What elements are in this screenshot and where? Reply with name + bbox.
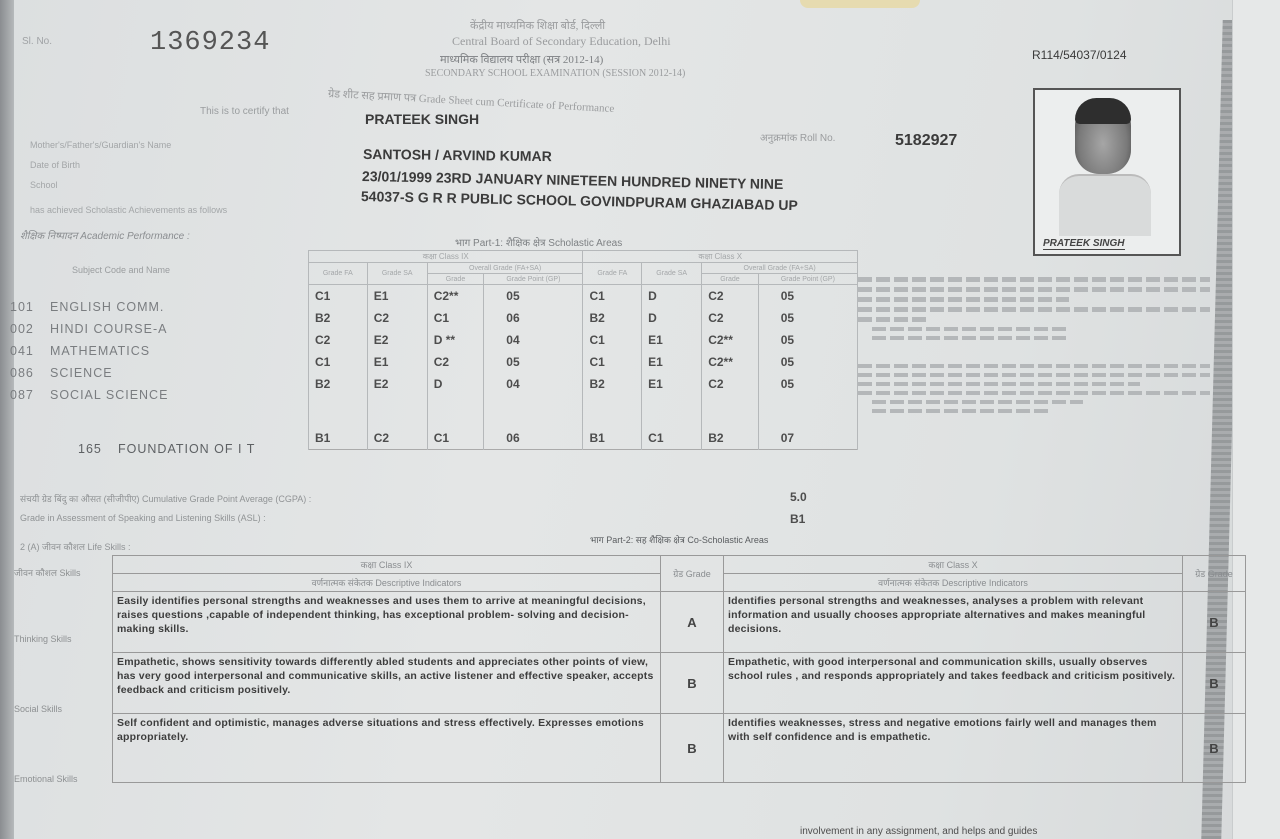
certify-text: This is to certify that <box>200 106 289 117</box>
grade-cell-x: C1 <box>583 285 642 308</box>
grade-cell-x: C1 <box>583 351 642 373</box>
grade-cell-x: C2 <box>702 285 759 308</box>
subject-name: 041MATHEMATICS <box>10 344 150 358</box>
light-glare <box>800 0 920 8</box>
grade-cell-x: C1 <box>642 427 702 450</box>
x-descriptor: Identifies weaknesses, stress and negati… <box>724 714 1183 783</box>
grade-cell-x: 07 <box>758 427 857 450</box>
photo-caption: PRATEEK SINGH <box>1043 238 1125 250</box>
grade-cell-x: C2 <box>702 307 759 329</box>
col-grade-ix: Grade <box>427 274 484 285</box>
x-grade: B <box>1183 714 1246 783</box>
grade-cell-x: 05 <box>758 373 857 395</box>
desc-header-x: वर्णनात्मक संकेतक Descriptive Indicators <box>724 574 1183 592</box>
subject-name: 086SCIENCE <box>10 366 113 380</box>
grade-cell-ix: C2 <box>367 307 427 329</box>
ix-descriptor: Easily identifies personal strengths and… <box>113 592 661 653</box>
grade-cell-ix: E1 <box>367 285 427 308</box>
grade-header-x: ग्रेड Grade <box>1183 556 1246 592</box>
grade-cell-ix: C1 <box>309 285 368 308</box>
grade-cell-x: C1 <box>583 329 642 351</box>
grade-cell-x: C2** <box>702 329 759 351</box>
subject-code: 087 <box>10 388 50 402</box>
grade-header-ix: ग्रेड Grade <box>661 556 724 592</box>
grade-cell-ix: D <box>427 373 484 395</box>
coscholastic-part-title: भाग Part-2: सह शैक्षिक क्षेत्र Co-Schola… <box>590 533 768 546</box>
table-row: B2E2D04B2E1C205 <box>309 373 858 395</box>
x-grade: B <box>1183 592 1246 653</box>
skills-header: जीवन कौशल Skills <box>14 564 80 582</box>
grade-cell-x: D <box>642 307 702 329</box>
subject-code: 086 <box>10 366 50 380</box>
col-fa-x: Grade FA <box>583 263 642 285</box>
x-descriptor: Empathetic, with good interpersonal and … <box>724 653 1183 714</box>
skill-label-emotional: Emotional Skills <box>14 770 78 788</box>
grade-cell-x: 05 <box>758 329 857 351</box>
grade-cell-x: C2** <box>702 351 759 373</box>
parents-name: SANTOSH / ARVIND KUMAR <box>363 146 552 164</box>
grade-cell-x: B2 <box>583 307 642 329</box>
exam-english: SECONDARY SCHOOL EXAMINATION (SESSION 20… <box>425 68 685 79</box>
grade-cell-x: B2 <box>702 427 759 450</box>
table-row: Easily identifies personal strengths and… <box>113 592 1246 653</box>
asl-label: Grade in Assessment of Speaking and List… <box>20 513 266 523</box>
grade-cell-ix: C1 <box>309 351 368 373</box>
grade-cell-ix: C1 <box>427 427 484 450</box>
life-skills-title: 2 (A) जीवन कौशल Life Skills : <box>20 540 131 553</box>
skill-label-thinking: Thinking Skills <box>14 630 72 648</box>
grade-cell-ix: 04 <box>484 373 583 395</box>
asl-value: B1 <box>790 512 805 526</box>
subject-name: 002HINDI COURSE-A <box>10 322 167 336</box>
col-fa-ix: Grade FA <box>309 263 368 285</box>
label-school: School <box>30 180 58 190</box>
grade-cell-ix: C1 <box>427 307 484 329</box>
label-dob: Date of Birth <box>30 160 80 170</box>
grade-cell-x: 05 <box>758 307 857 329</box>
roll-no-label: अनुक्रमांक Roll No. <box>760 130 835 144</box>
subject-title: HINDI COURSE-A <box>50 322 167 336</box>
table-row: B1C2C106B1C1B207 <box>309 427 858 450</box>
label-achievements: has achieved Scholastic Achievements as … <box>30 205 227 215</box>
board-hindi: केंद्रीय माध्यमिक शिक्षा बोर्ड, दिल्ली <box>470 18 605 33</box>
col-sa-x: Grade SA <box>642 263 702 285</box>
class-x-header: कक्षा Class X <box>724 556 1183 574</box>
grade-cell-x: 05 <box>758 285 857 308</box>
life-skills-table: कक्षा Class IX ग्रेड Grade कक्षा Class X… <box>112 555 1246 783</box>
col-sa-ix: Grade SA <box>367 263 427 285</box>
x-grade: B <box>1183 653 1246 714</box>
grade-cell-ix: B2 <box>309 373 368 395</box>
ix-grade: A <box>661 592 724 653</box>
student-name: PRATEEK SINGH <box>365 111 479 127</box>
grade-cell-x: B2 <box>583 373 642 395</box>
col-overall-x: Overall Grade (FA+SA) <box>702 263 858 274</box>
certificate-page: Sl. No. 1369234 केंद्रीय माध्यमिक शिक्षा… <box>0 0 1280 839</box>
grade-cell-ix: 05 <box>484 351 583 373</box>
desc-header-ix: वर्णनात्मक संकेतक Descriptive Indicators <box>113 574 661 592</box>
ix-descriptor: Self confident and optimistic, manages a… <box>113 714 661 783</box>
grade-cell-ix: E2 <box>367 373 427 395</box>
subject-code: 041 <box>10 344 50 358</box>
cgpa-value: 5.0 <box>790 490 807 504</box>
x-descriptor: Identifies personal strengths and weakne… <box>724 592 1183 653</box>
table-row: B2C2C106B2DC205 <box>309 307 858 329</box>
class-x-header: कक्षा Class X <box>583 251 858 263</box>
table-row: Self confident and optimistic, manages a… <box>113 714 1246 783</box>
grade-cell-ix: D ** <box>427 329 484 351</box>
grade-cell-x: 05 <box>758 351 857 373</box>
grade-cell-x: E1 <box>642 373 702 395</box>
subject-title: SCIENCE <box>50 366 113 380</box>
school-name: 54037-S G R R PUBLIC SCHOOL GOVINDPURAM … <box>361 188 798 213</box>
board-english: Central Board of Secondary Education, De… <box>452 34 671 49</box>
grade-cell-x: C2 <box>702 373 759 395</box>
grade-cell-ix: E1 <box>367 351 427 373</box>
subject-name: 087SOCIAL SCIENCE <box>10 388 168 402</box>
cut-off-text: involvement in any assignment, and helps… <box>800 826 1037 837</box>
grade-cell-x: B1 <box>583 427 642 450</box>
notes-block <box>858 272 1210 418</box>
subject-code: 165 <box>78 442 118 456</box>
scholastic-part-title: भाग Part-1: शैक्षिक क्षेत्र Scholastic A… <box>455 235 622 249</box>
registration-number: R114/54037/0124 <box>1032 48 1127 62</box>
spacer-row <box>309 395 858 427</box>
grade-cell-x: D <box>642 285 702 308</box>
grade-cell-ix: 06 <box>484 427 583 450</box>
col-gp-x: Grade Point (GP) <box>758 274 857 285</box>
ix-descriptor: Empathetic, shows sensitivity towards di… <box>113 653 661 714</box>
table-row: C1E1C2**05C1DC205 <box>309 285 858 308</box>
grade-cell-ix: B1 <box>309 427 368 450</box>
book-spine-shadow <box>0 0 14 839</box>
exam-hindi: माध्यमिक विद्यालय परीक्षा (सत्र 2012-14) <box>440 52 603 67</box>
col-gp-ix: Grade Point (GP) <box>484 274 583 285</box>
grade-cell-ix: C2 <box>427 351 484 373</box>
subject-title: MATHEMATICS <box>50 344 150 358</box>
subject-code: 101 <box>10 300 50 314</box>
photo-hair <box>1075 98 1131 124</box>
subject-code: 002 <box>10 322 50 336</box>
subject-header: Subject Code and Name <box>72 265 170 275</box>
serial-number: 1369234 <box>150 28 270 58</box>
grade-cell-ix: 06 <box>484 307 583 329</box>
scholastic-grades-table: कक्षा Class IX कक्षा Class X Grade FA Gr… <box>308 250 858 450</box>
cgpa-label: संचयी ग्रेड बिंदु का औसत (सीजीपीए) Cumul… <box>20 492 311 505</box>
ix-grade: B <box>661 714 724 783</box>
grade-cell-ix: 04 <box>484 329 583 351</box>
grade-cell-ix: C2 <box>309 329 368 351</box>
skill-label-social: Social Skills <box>14 700 62 718</box>
table-row: C2E2D **04C1E1C2**05 <box>309 329 858 351</box>
table-row: Empathetic, shows sensitivity towards di… <box>113 653 1246 714</box>
col-grade-x: Grade <box>702 274 759 285</box>
roll-number: 5182927 <box>895 132 957 150</box>
grade-cell-x: E1 <box>642 351 702 373</box>
photo-body <box>1059 174 1151 236</box>
label-parents: Mother's/Father's/Guardian's Name <box>30 140 171 150</box>
student-photo: PRATEEK SINGH <box>1033 88 1181 256</box>
class-ix-header: कक्षा Class IX <box>113 556 661 574</box>
col-overall-ix: Overall Grade (FA+SA) <box>427 263 583 274</box>
serial-label: Sl. No. <box>22 36 52 47</box>
subject-name: 165FOUNDATION OF I T <box>78 442 255 456</box>
subject-name: 101ENGLISH COMM. <box>10 300 164 314</box>
grade-cell-ix: C2 <box>367 427 427 450</box>
subject-title: FOUNDATION OF I T <box>118 442 255 456</box>
grade-cell-ix: E2 <box>367 329 427 351</box>
table-row: C1E1C205C1E1C2**05 <box>309 351 858 373</box>
class-ix-header: कक्षा Class IX <box>309 251 583 263</box>
ix-grade: B <box>661 653 724 714</box>
grade-cell-ix: B2 <box>309 307 368 329</box>
grade-cell-ix: C2** <box>427 285 484 308</box>
subject-title: SOCIAL SCIENCE <box>50 388 168 402</box>
grade-cell-ix: 05 <box>484 285 583 308</box>
grade-cell-x: E1 <box>642 329 702 351</box>
subject-title: ENGLISH COMM. <box>50 300 164 314</box>
academic-performance-title: शैक्षिक निष्पादन Academic Performance : <box>20 228 190 242</box>
